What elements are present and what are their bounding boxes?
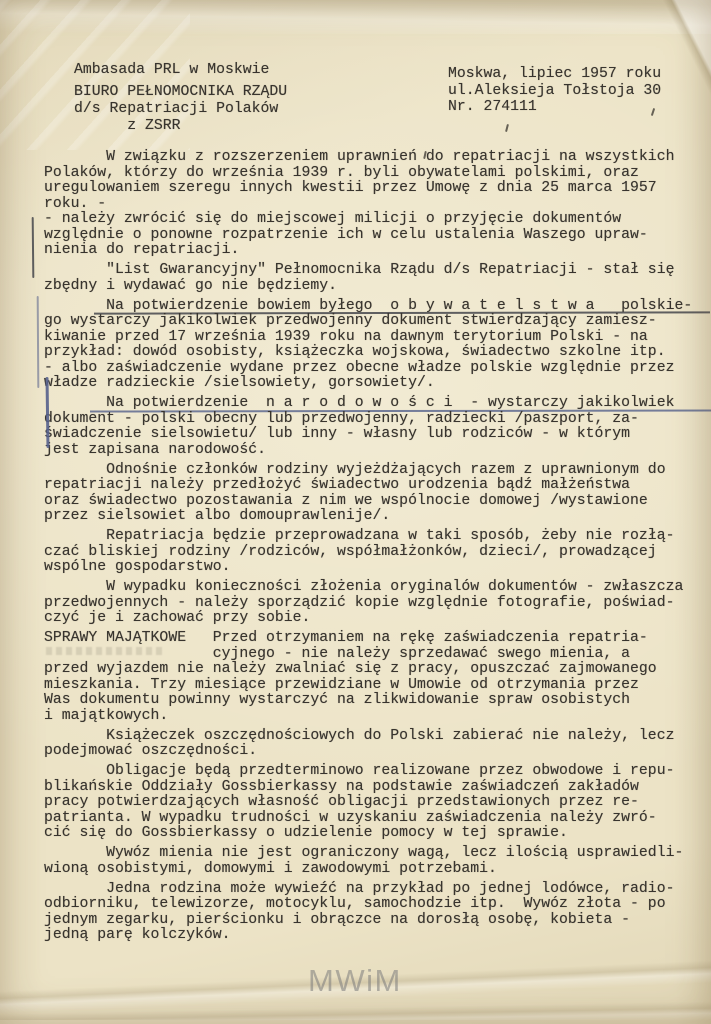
text-line: Repatriacja będzie przeprowadzana w taki… — [44, 529, 704, 545]
text-line: podejmować oszczędności. — [44, 744, 704, 760]
text-line: W związku z rozszerzeniem uprawnień do r… — [44, 150, 704, 166]
text-line: nienia do repatriacji. — [44, 243, 704, 259]
text-line: Obligacje będą przedterminowo realizowan… — [44, 764, 704, 780]
text-line: "List Gwarancyjny" Pełnomocnika Rządu d/… — [44, 263, 704, 279]
text-line: - należy zwrócić się do miejscowej milic… — [44, 212, 704, 228]
document-page: Ambasada PRL w MoskwieBIURO PEŁNOMOCNIKA… — [0, 0, 711, 1024]
text-line: czać bliskiej rodziny /rodziców, współma… — [44, 545, 704, 561]
text-line: Jedna rodzina może wywieźć na przykład p… — [44, 882, 704, 898]
text-line: Polaków, którzy do września 1939 r. byli… — [44, 166, 704, 182]
paragraph: Wywóz mienia nie jest ograniczony wagą, … — [44, 846, 704, 877]
text-line: Na potwierdzenie n a r o d o w o ś c i -… — [44, 396, 704, 412]
text-line: go wystarczy jakikolwiek przedwojenny do… — [44, 314, 704, 330]
text-line: przez sielsowiet albo domouprawlenije/. — [44, 509, 704, 525]
text-line: Was dokumentu powinny wystarczyć na zlik… — [44, 693, 704, 709]
place-date-line: Moskwa, lipiec 1957 roku — [448, 66, 661, 83]
text-line: cić się do Gossbierkassy o udzielenie po… — [44, 826, 704, 842]
text-line: jest zapisana narodowość. — [44, 443, 704, 459]
paragraph: "List Gwarancyjny" Pełnomocnika Rządu d/… — [44, 263, 704, 294]
paragraph: SPRAWY MAJĄTKOWE Przed otrzymaniem na rę… — [44, 631, 704, 724]
text-line: repatriacji należy przedłożyć świadectwo… — [44, 478, 704, 494]
text-line: roku. - — [44, 197, 704, 213]
text-line: władze radzieckie /sielsowiety, gorsowie… — [44, 376, 704, 392]
text-line: względnie o ponowne rozpatrzenie ich w c… — [44, 228, 704, 244]
text-line: jedną parę kolczyków. — [44, 928, 704, 944]
text-line: blikańskie Oddziały Gossbierkassy na pod… — [44, 780, 704, 796]
text-line: W wypadku konieczności złożenia oryginal… — [44, 580, 704, 596]
sender-header: Ambasada PRL w MoskwieBIURO PEŁNOMOCNIKA… — [74, 62, 287, 135]
text-line: zbędny i wydawać go nie będziemy. — [44, 279, 704, 295]
paragraph: Obligacje będą przedterminowo realizowan… — [44, 764, 704, 842]
text-line: wioną osobistymi, domowymi i zawodowymi … — [44, 862, 704, 878]
sender-header-line: z ZSRR — [74, 118, 287, 135]
paragraph: W związku z rozszerzeniem uprawnień do r… — [44, 150, 704, 259]
sender-header-line: d/s Repatriacji Polaków — [74, 101, 287, 118]
text-line: dokument - polski obecny lub przedwojenn… — [44, 412, 704, 428]
paragraph: Na potwierdzenie bowiem byłego o b y w a… — [44, 299, 704, 392]
text-line: przed wyjazdem nie należy zwalniać się z… — [44, 662, 704, 678]
text-line: mieszkania. Trzy miesiące przewidziane w… — [44, 678, 704, 694]
text-line: wspólne gospodarstwo. — [44, 560, 704, 576]
pen-margin-mark-1 — [32, 217, 35, 278]
paragraph: Repatriacja będzie przeprowadzana w taki… — [44, 529, 704, 576]
paragraph: Książeczek oszczędnościowych do Polski z… — [44, 729, 704, 760]
text-line: patrianta. W wypadku trudności w uzyskan… — [44, 811, 704, 827]
text-line: przedwojennych - należy sporządzić kopie… — [44, 596, 704, 612]
paragraph: Na potwierdzenie n a r o d o w o ś c i -… — [44, 396, 704, 458]
paragraph: Odnośnie członków rodziny wyjeżdżających… — [44, 463, 704, 525]
text-line: kiwanie przed 17 września 1939 roku na d… — [44, 330, 704, 346]
letter-body: W związku z rozszerzeniem uprawnień do r… — [44, 150, 704, 944]
paragraph: Jedna rodzina może wywieźć na przykład p… — [44, 882, 704, 944]
stray-pen-tick-2 — [505, 124, 509, 132]
place-date-line: ul.Aleksieja Tołstoja 30 — [448, 83, 661, 100]
text-line: przykład: dowód osobisty, książeczka woj… — [44, 345, 704, 361]
text-line: i majątkowych. — [44, 709, 704, 725]
text-line: pracy potwierdzających własność obligacj… — [44, 795, 704, 811]
text-line: jednym zegarku, pierścionku i obrączce n… — [44, 913, 704, 929]
paragraph: W wypadku konieczności złożenia oryginal… — [44, 580, 704, 627]
text-line: odbiorniku, telewizorze, motocyklu, samo… — [44, 897, 704, 913]
text-line: - albo zaświadczenie wydane przez obecne… — [44, 361, 704, 377]
sender-header-line: Ambasada PRL w Moskwie — [74, 62, 287, 79]
pen-margin-mark-2 — [37, 296, 40, 388]
text-line: świadczenie sielsowietu/ lub inny - włas… — [44, 427, 704, 443]
text-line: oraz świadectwo pozostawania z nim we ws… — [44, 494, 704, 510]
text-line: uregulowaniem szeregu innych kwestii prz… — [44, 181, 704, 197]
archive-watermark: MWiM — [308, 963, 402, 999]
sender-header-line: BIURO PEŁNOMOCNIKA RZĄDU — [74, 84, 287, 101]
erased-text-smudge — [46, 647, 164, 655]
text-line: czyć je i zachować przy sobie. — [44, 611, 704, 627]
text-line: Wywóz mienia nie jest ograniczony wagą, … — [44, 846, 704, 862]
place-date-header: Moskwa, lipiec 1957 rokuul.Aleksieja Toł… — [448, 66, 661, 116]
text-line: Na potwierdzenie bowiem byłego o b y w a… — [44, 299, 704, 315]
place-date-line: Nr. 274111 — [448, 99, 661, 116]
text-line: SPRAWY MAJĄTKOWE Przed otrzymaniem na rę… — [44, 631, 704, 647]
text-line: Książeczek oszczędnościowych do Polski z… — [44, 729, 704, 745]
text-line: Odnośnie członków rodziny wyjeżdżających… — [44, 463, 704, 479]
